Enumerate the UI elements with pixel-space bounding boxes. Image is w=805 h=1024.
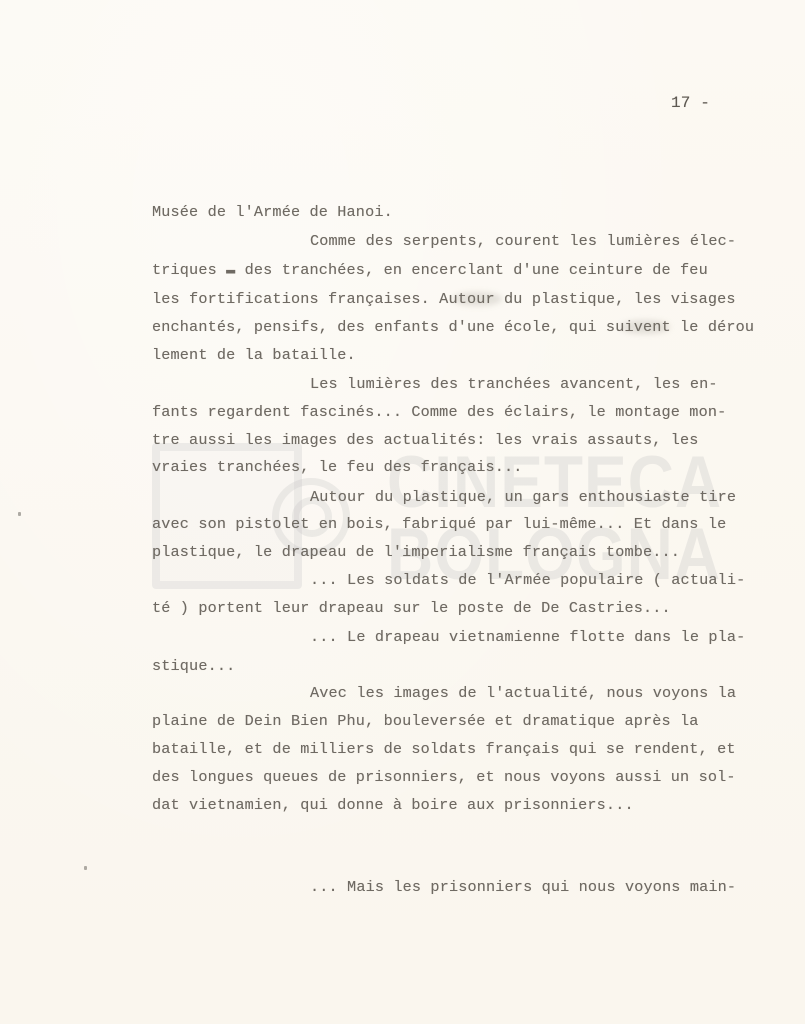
- text-line: lement de la bataille.: [152, 348, 356, 363]
- text-line: ... Les soldats de l'Armée populaire ( a…: [310, 573, 745, 588]
- text-line: ... Le drapeau vietnamienne flotte dans …: [310, 630, 745, 645]
- text-line: des longues queues de prisonniers, et no…: [152, 770, 736, 785]
- text-line: Les lumières des tranchées avancent, les…: [310, 377, 718, 392]
- text-line: Autour du plastique, un gars enthousiast…: [310, 490, 736, 505]
- paper-speck: [84, 866, 87, 870]
- text-line: fants regardent fascinés... Comme des éc…: [152, 405, 726, 420]
- typewritten-page: 17 - CINETECA BOLOGNA Musée de l'Armée d…: [0, 0, 805, 1024]
- text-line: triques ▬ des tranchées, en encerclant d…: [152, 263, 708, 278]
- ink-smudge: [452, 292, 502, 306]
- paper-speck: [18, 512, 21, 516]
- text-line: plastique, le drapeau de l'imperialisme …: [152, 545, 680, 560]
- text-line: Comme des serpents, courent les lumières…: [310, 234, 736, 249]
- text-line: dat vietnamien, qui donne à boire aux pr…: [152, 798, 634, 813]
- text-line: Avec les images de l'actualité, nous voy…: [310, 686, 736, 701]
- text-line: tre aussi les images des actualités: les…: [152, 433, 699, 448]
- text-line: ... Mais les prisonniers qui nous voyons…: [310, 880, 736, 895]
- text-line: stique...: [152, 659, 235, 674]
- text-line: té ) portent leur drapeau sur le poste d…: [152, 601, 671, 616]
- watermark-text-line1: CINETECA: [387, 445, 722, 519]
- ink-smudge: [620, 320, 670, 334]
- text-line: les fortifications françaises. Autour du…: [152, 292, 736, 307]
- text-line: avec son pistolet en bois, fabriqué par …: [152, 517, 726, 532]
- text-line: bataille, et de milliers de soldats fran…: [152, 742, 736, 757]
- heading-line: Musée de l'Armée de Hanoi.: [152, 205, 393, 220]
- text-line: vraies tranchées, le feu des français...: [152, 460, 523, 475]
- page-number: 17 -: [671, 95, 710, 111]
- text-line: plaine de Dein Bien Phu, bouleversée et …: [152, 714, 699, 729]
